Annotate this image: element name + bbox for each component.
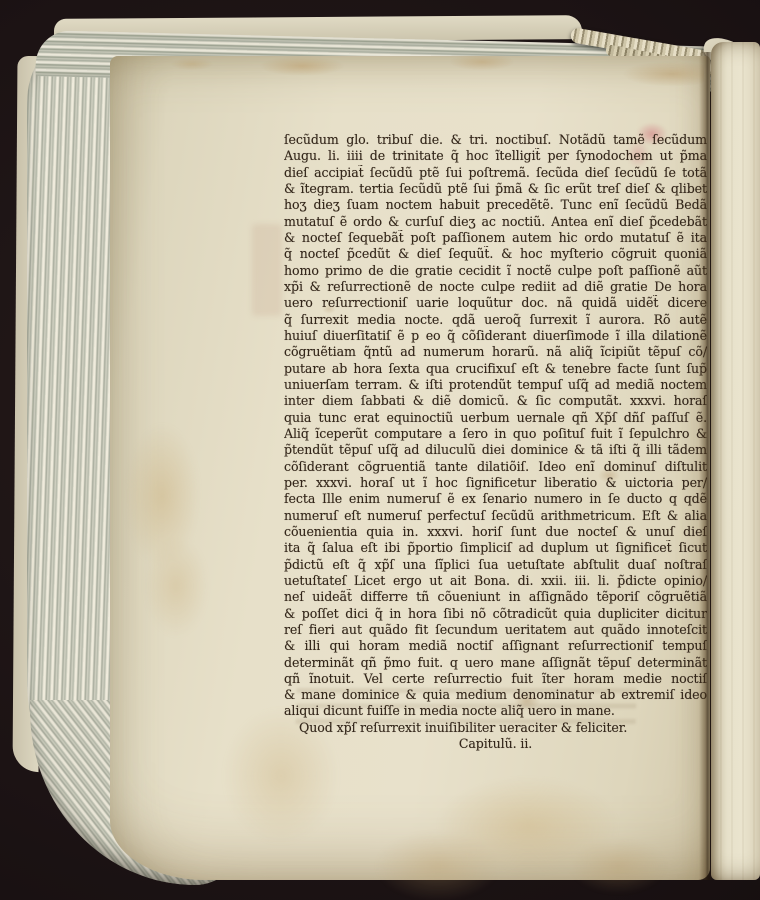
text-line: putare ab hora ſexta qua crucifixuſ eſt … (284, 361, 707, 377)
book-page: ſecũdum glo. tribuſ die. & tri. noctibuſ… (110, 56, 710, 880)
text-line: Aliq̃ ĩceperũt computare a ſero in quo p… (284, 426, 707, 442)
text-line: q̃ nocteſ p̃cedũt & dieſ ſequũt̃. & hoc … (284, 246, 707, 262)
text-line: cõuenientia quia in. xxxvi. horiſ ſunt d… (284, 524, 707, 540)
text-line: determinãt qñ p̃mo fuit. q uero mane aſſ… (284, 655, 707, 671)
water-stain-left-margin (110, 386, 225, 636)
text-line: qñ ĩnotuit. Vel certe reſurrectio fuit ĩ… (284, 671, 707, 687)
text-line: xp̃i & reſurrectionẽ de nocte culpe redi… (284, 279, 707, 295)
text-line: cõſiderant cõgruentiã tante dilatiõiſ. I… (284, 459, 707, 475)
text-line: uero reſurrectioniſ uarie loquũtur doc. … (284, 295, 707, 311)
text-line: numeruſ eſt numeruſ perfectuſ ſecũdũ ari… (284, 508, 707, 524)
text-line: uetuſtateſ Licet ergo ut ait Bona. di. x… (284, 573, 707, 589)
book-photograph: ſecũdum glo. tribuſ die. & tri. noctibuſ… (0, 0, 760, 900)
text-line: uniuerſam terram. & iſti protendũt tempu… (284, 377, 707, 393)
deckle-stains-top (112, 56, 704, 86)
chapter-heading: Capitulũ. ii. (284, 736, 707, 752)
text-line: q̃ ſurrexit media nocte. qdã ueroq̃ ſurr… (284, 312, 707, 328)
text-line: dieſ accipiat̃ ſecũdũ ptẽ ſui poſtremã. … (284, 165, 707, 181)
text-line: & poſſet dici q̃ in hora ſibi nõ cõtradi… (284, 606, 707, 622)
text-line: homo primo de die gratie cecidit ĩ noctẽ… (284, 263, 707, 279)
text-line: & nocteſ ſequebãt̃ poſt paſſionem autem … (284, 230, 707, 246)
text-line: & illi qui horam mediã noctiſ aſſignant … (284, 638, 707, 654)
text-line: neſ uideãt̃ differre tñ cõueniunt in aſſ… (284, 589, 707, 605)
text-line: quia tunc erat equinoctiũ uerbum uernale… (284, 410, 707, 426)
text-line: inter diem ſabbati & diẽ domicũ. & ſic c… (284, 393, 707, 409)
text-line: p̃tendũt tẽpuſ uſq̃ ad diluculũ diei dom… (284, 442, 707, 458)
text-line: Augu. li. iiii de trinitate q̃ hoc ĩtell… (284, 148, 707, 164)
text-line: ita q̃ ſalua eſt ibi p̃portio ſimpliciſ … (284, 540, 707, 556)
text-line: p̃dictũ eſt q̃ xp̃ſ una ſĩplici ſua uetu… (284, 557, 707, 573)
text-line: per. xxxvi. horaſ ut ĩ hoc ſignificetur … (284, 475, 707, 491)
text-line: & mane dominice & quia medium denominatu… (284, 687, 707, 703)
explicit-line: Quod xp̃ſ reſurrexit inuiſibiliter uerac… (284, 720, 707, 736)
facing-page-edge (711, 42, 760, 880)
text-line: ſecũdum glo. tribuſ die. & tri. noctibuſ… (284, 132, 707, 148)
text-line: aliqui dicunt fuiſſe in media nocte aliq… (284, 703, 707, 719)
text-line: cõgruẽtiam q̃ntũ ad numerum horarũ. nã a… (284, 344, 707, 360)
text-line: & ĩtegram. tertia ſecũdũ ptẽ ſui p̃mã & … (284, 181, 707, 197)
text-line: reſ fieri aut quãdo fit ſecundum ueritat… (284, 622, 707, 638)
text-line: mutatuſ ẽ ordo & curſuſ dieʒ ac noctiũ. … (284, 214, 707, 230)
text-line: fecta Ille enim numeruſ ẽ ex ſenario num… (284, 491, 707, 507)
text-block: ſecũdum glo. tribuſ die. & tri. noctibuſ… (284, 132, 707, 752)
initial-showthrough-mark (252, 224, 282, 316)
text-line: huiuſ diuerſitatiſ ẽ p eo q̃ cõſiderant … (284, 328, 707, 344)
text-line: hoʒ dieʒ ſuam noctem habuit precedẽtẽ. T… (284, 197, 707, 213)
